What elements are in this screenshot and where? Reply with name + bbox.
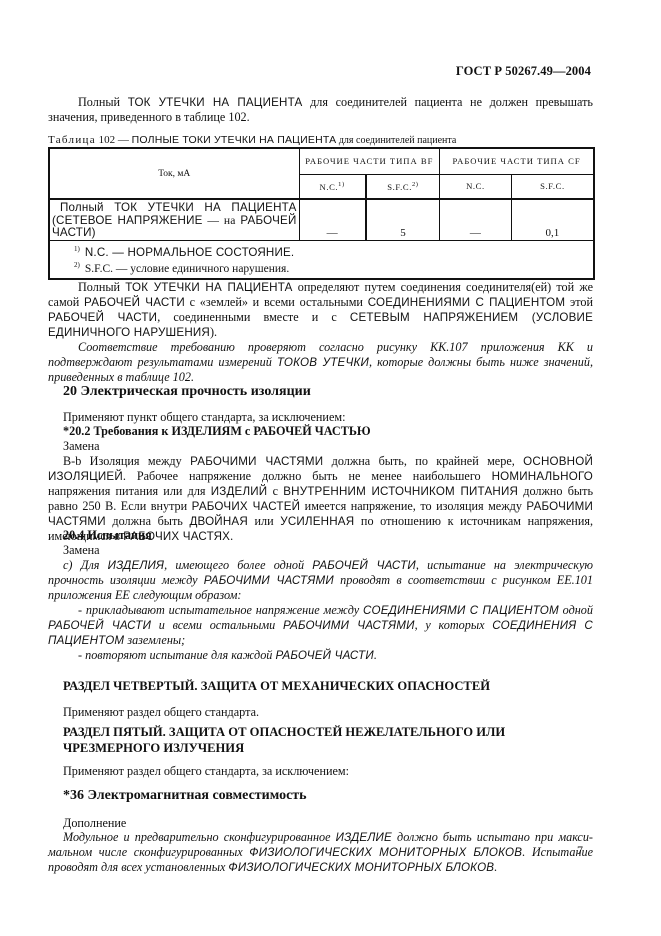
section-5-heading: РАЗДЕЛ ПЯТЫЙ. ЗАЩИТА ОТ ОПАСНОСТЕЙ НЕЖЕЛ… <box>63 725 505 756</box>
header-current-unit: Ток, мА <box>49 148 299 199</box>
subsection-20-4-heading: 20.4 Испытания <box>63 528 152 543</box>
table-caption-title: ПОЛНЫЕ ТОКИ УТЕЧКИ НА ПАЦИЕНТА <box>132 134 337 146</box>
defined-term: ДВОЙНАЯ <box>189 515 247 528</box>
section-4-text: Применяют раздел общего стандарта. <box>63 705 259 720</box>
defined-term: РАБОЧИХ ЧАСТЕЙ <box>192 500 301 513</box>
text-run: B-b Изоляция между <box>63 454 190 468</box>
section-4-heading: РАЗДЕЛ ЧЕТВЕРТЫЙ. ЗАЩИТА ОТ МЕХАНИЧЕСКИХ… <box>63 679 490 695</box>
text-run: Модульное и предварительно сконфигуриров… <box>63 830 336 844</box>
value-cf-nc: — <box>440 199 512 240</box>
subheader-cf-nc: N.C. <box>440 174 512 199</box>
section-36-heading: *36 Электромагнитная совместимость <box>63 788 307 804</box>
text-run: Полный <box>78 280 125 294</box>
subheader-cf-sfc: S.F.C. <box>511 174 594 199</box>
defined-term: РАБОЧИМИ ЧАСТЯМИ <box>190 455 323 468</box>
page-number: 7 <box>577 843 583 858</box>
text-run: - повторяют испытание для каждой <box>78 648 275 662</box>
defined-term: СОЕДИНЕНИЯМИ С ПАЦИЕНТОМ <box>368 296 566 309</box>
text-run: . <box>230 529 233 543</box>
subsection-20-2-replace-label: Замена <box>63 439 100 454</box>
defined-term: ФИЗИОЛОГИЧЕСКИХ МОНИТОРНЫХ БЛОКОВ <box>228 861 494 874</box>
value-cf-sfc: 0,1 <box>511 199 594 240</box>
defined-term: ИЗДЕЛИЙ <box>211 485 268 498</box>
table-notes-row: 1)N.C. — НОРМАЛЬНОЕ СОСТОЯНИЕ. 2)S.F.C. … <box>49 240 594 279</box>
defined-term: ТОК УТЕЧКИ НА ПАЦИЕНТА <box>125 281 292 294</box>
subsection-20-4-replace-label: Замена <box>63 543 100 558</box>
intro-paragraph: Полный ТОК УТЕЧКИ НА ПАЦИЕНТА для соедин… <box>48 95 593 125</box>
intro-term: ТОК УТЕЧКИ НА ПАЦИЕНТА <box>128 96 303 109</box>
text-run: напряжения питания или для <box>48 484 211 498</box>
defined-term: ИЗДЕЛИЯ <box>108 559 164 572</box>
subsection-20-4-item-c: с) Для ИЗДЕЛИЯ, имеющего более одной РАБ… <box>48 558 593 603</box>
table-caption-label: Таблица <box>48 134 96 146</box>
text-run: с <box>267 484 283 498</box>
value-bf-sfc: 5 <box>366 199 440 240</box>
table-caption-rest: для соединителей пациента <box>336 135 456 146</box>
text-run: , у которых <box>415 618 493 632</box>
text-run: должна быть, по крайней мере, <box>323 454 523 468</box>
text-run: . <box>374 648 377 662</box>
text-run: имеется напряжение, то изоляция между <box>300 499 526 513</box>
text-run: этой <box>565 295 593 309</box>
header-group-bf: РАБОЧИЕ ЧАСТИ ТИПА BF <box>299 148 440 174</box>
footnote-1: 1)N.C. — НОРМАЛЬНОЕ СОСТОЯНИЕ. <box>74 243 589 260</box>
defined-term: РАБОЧИМИ ЧАСТЯМИ <box>204 574 334 587</box>
text-run: должна быть <box>106 514 190 528</box>
text-run: . <box>494 860 497 874</box>
compliance-paragraph: Соответствие требованию проверяют соглас… <box>48 340 593 385</box>
defined-term: ФИЗИОЛОГИЧЕСКИХ МОНИТОРНЫХ БЛОКОВ <box>249 846 522 859</box>
subsection-20-4-bullet-1: - прикладывают испытательное напряжение … <box>48 603 593 648</box>
intro-text: Полный <box>78 95 128 109</box>
subheader-bf-nc: N.C.1) <box>299 174 366 199</box>
defined-term: УСИЛЕННАЯ <box>280 515 354 528</box>
document-code: ГОСТ Р 50267.49—2004 <box>456 64 591 79</box>
text-run: или <box>248 514 280 528</box>
leakage-method-paragraph: Полный ТОК УТЕЧКИ НА ПАЦИЕНТА определяют… <box>48 280 593 340</box>
subsection-20-2-heading: *20.2 Требования к ИЗДЕЛИЯМ с РАБОЧЕЙ ЧА… <box>63 424 371 439</box>
text-run: с) Для <box>63 558 108 572</box>
text-run: . Рабочее напряжение должно быть не мене… <box>123 469 492 483</box>
section-36-text: Модульное и предварительно сконфигуриров… <box>48 830 593 875</box>
table-row: Полный ТОК УТЕЧКИ НА ПАЦИЕНТА (СЕТЕВОЕ Н… <box>49 199 594 240</box>
defined-term: ИЗДЕЛИЕ <box>336 831 392 844</box>
subsection-20-4-bullet-2: - повторяют испытание для каждой РАБОЧЕЙ… <box>48 648 593 663</box>
defined-term: СОЕДИНЕНИЯМИ С ПАЦИЕНТОМ <box>363 604 559 617</box>
text-run: ). <box>210 325 217 339</box>
defined-term: ВНУТРЕННИМ ИСТОЧНИКОМ ПИТАНИЯ <box>283 485 518 498</box>
text-run: заземлены; <box>124 633 185 647</box>
row-label-total-leakage: Полный ТОК УТЕЧКИ НА ПАЦИЕНТА (СЕТЕВОЕ Н… <box>49 199 299 240</box>
text-run: - прикладывают испытательное напряжение … <box>78 603 363 617</box>
defined-term: РАБОЧЕЙ ЧАСТИ <box>275 649 373 662</box>
document-page: ГОСТ Р 50267.49—2004 Полный ТОК УТЕЧКИ Н… <box>0 0 661 936</box>
defined-term: РАБОЧЕЙ ЧАСТИ <box>312 559 416 572</box>
text-run: с «землей» и всеми остальными <box>185 295 368 309</box>
subheader-bf-sfc: S.F.C.2) <box>366 174 440 199</box>
text-run: , соединенными вместе и с <box>157 310 350 324</box>
defined-term: РАБОЧЕЙ ЧАСТИ <box>84 296 185 309</box>
section-20-applies: Применяют пункт общего стандарта, за иск… <box>63 410 345 425</box>
table-caption-number: 102 — <box>99 134 129 146</box>
defined-term: РАБОЧЕЙ ЧАСТИ <box>48 311 157 324</box>
value-bf-nc: — <box>299 199 366 240</box>
table-footnotes: 1)N.C. — НОРМАЛЬНОЕ СОСТОЯНИЕ. 2)S.F.C. … <box>49 240 594 279</box>
leakage-current-table: Ток, мА РАБОЧИЕ ЧАСТИ ТИПА BF РАБОЧИЕ ЧА… <box>48 147 595 280</box>
defined-term: РАБОЧИМИ ЧАСТЯМИ <box>283 619 415 632</box>
text-run: , имеющего более одной <box>164 558 312 572</box>
text-run: одной <box>559 603 593 617</box>
defined-term: ТОКОВ УТЕЧКИ <box>277 356 369 369</box>
footnote-2: 2)S.F.C. — условие единичного нарушения. <box>74 259 589 276</box>
text-run: и всеми остальными <box>151 618 283 632</box>
header-group-cf: РАБОЧИЕ ЧАСТИ ТИПА CF <box>440 148 594 174</box>
defined-term: НОМИНАЛЬНОГО <box>492 470 593 483</box>
defined-term: РАБОЧЕЙ ЧАСТИ <box>48 619 151 632</box>
section-20-heading: 20 Электрическая прочность изоляции <box>63 384 311 400</box>
section-36-addition-label: Дополнение <box>63 816 126 831</box>
section-5-text: Применяют раздел общего стандарта, за ис… <box>63 764 349 779</box>
table-caption: Таблица 102 — ПОЛНЫЕ ТОКИ УТЕЧКИ НА ПАЦИ… <box>48 134 456 146</box>
